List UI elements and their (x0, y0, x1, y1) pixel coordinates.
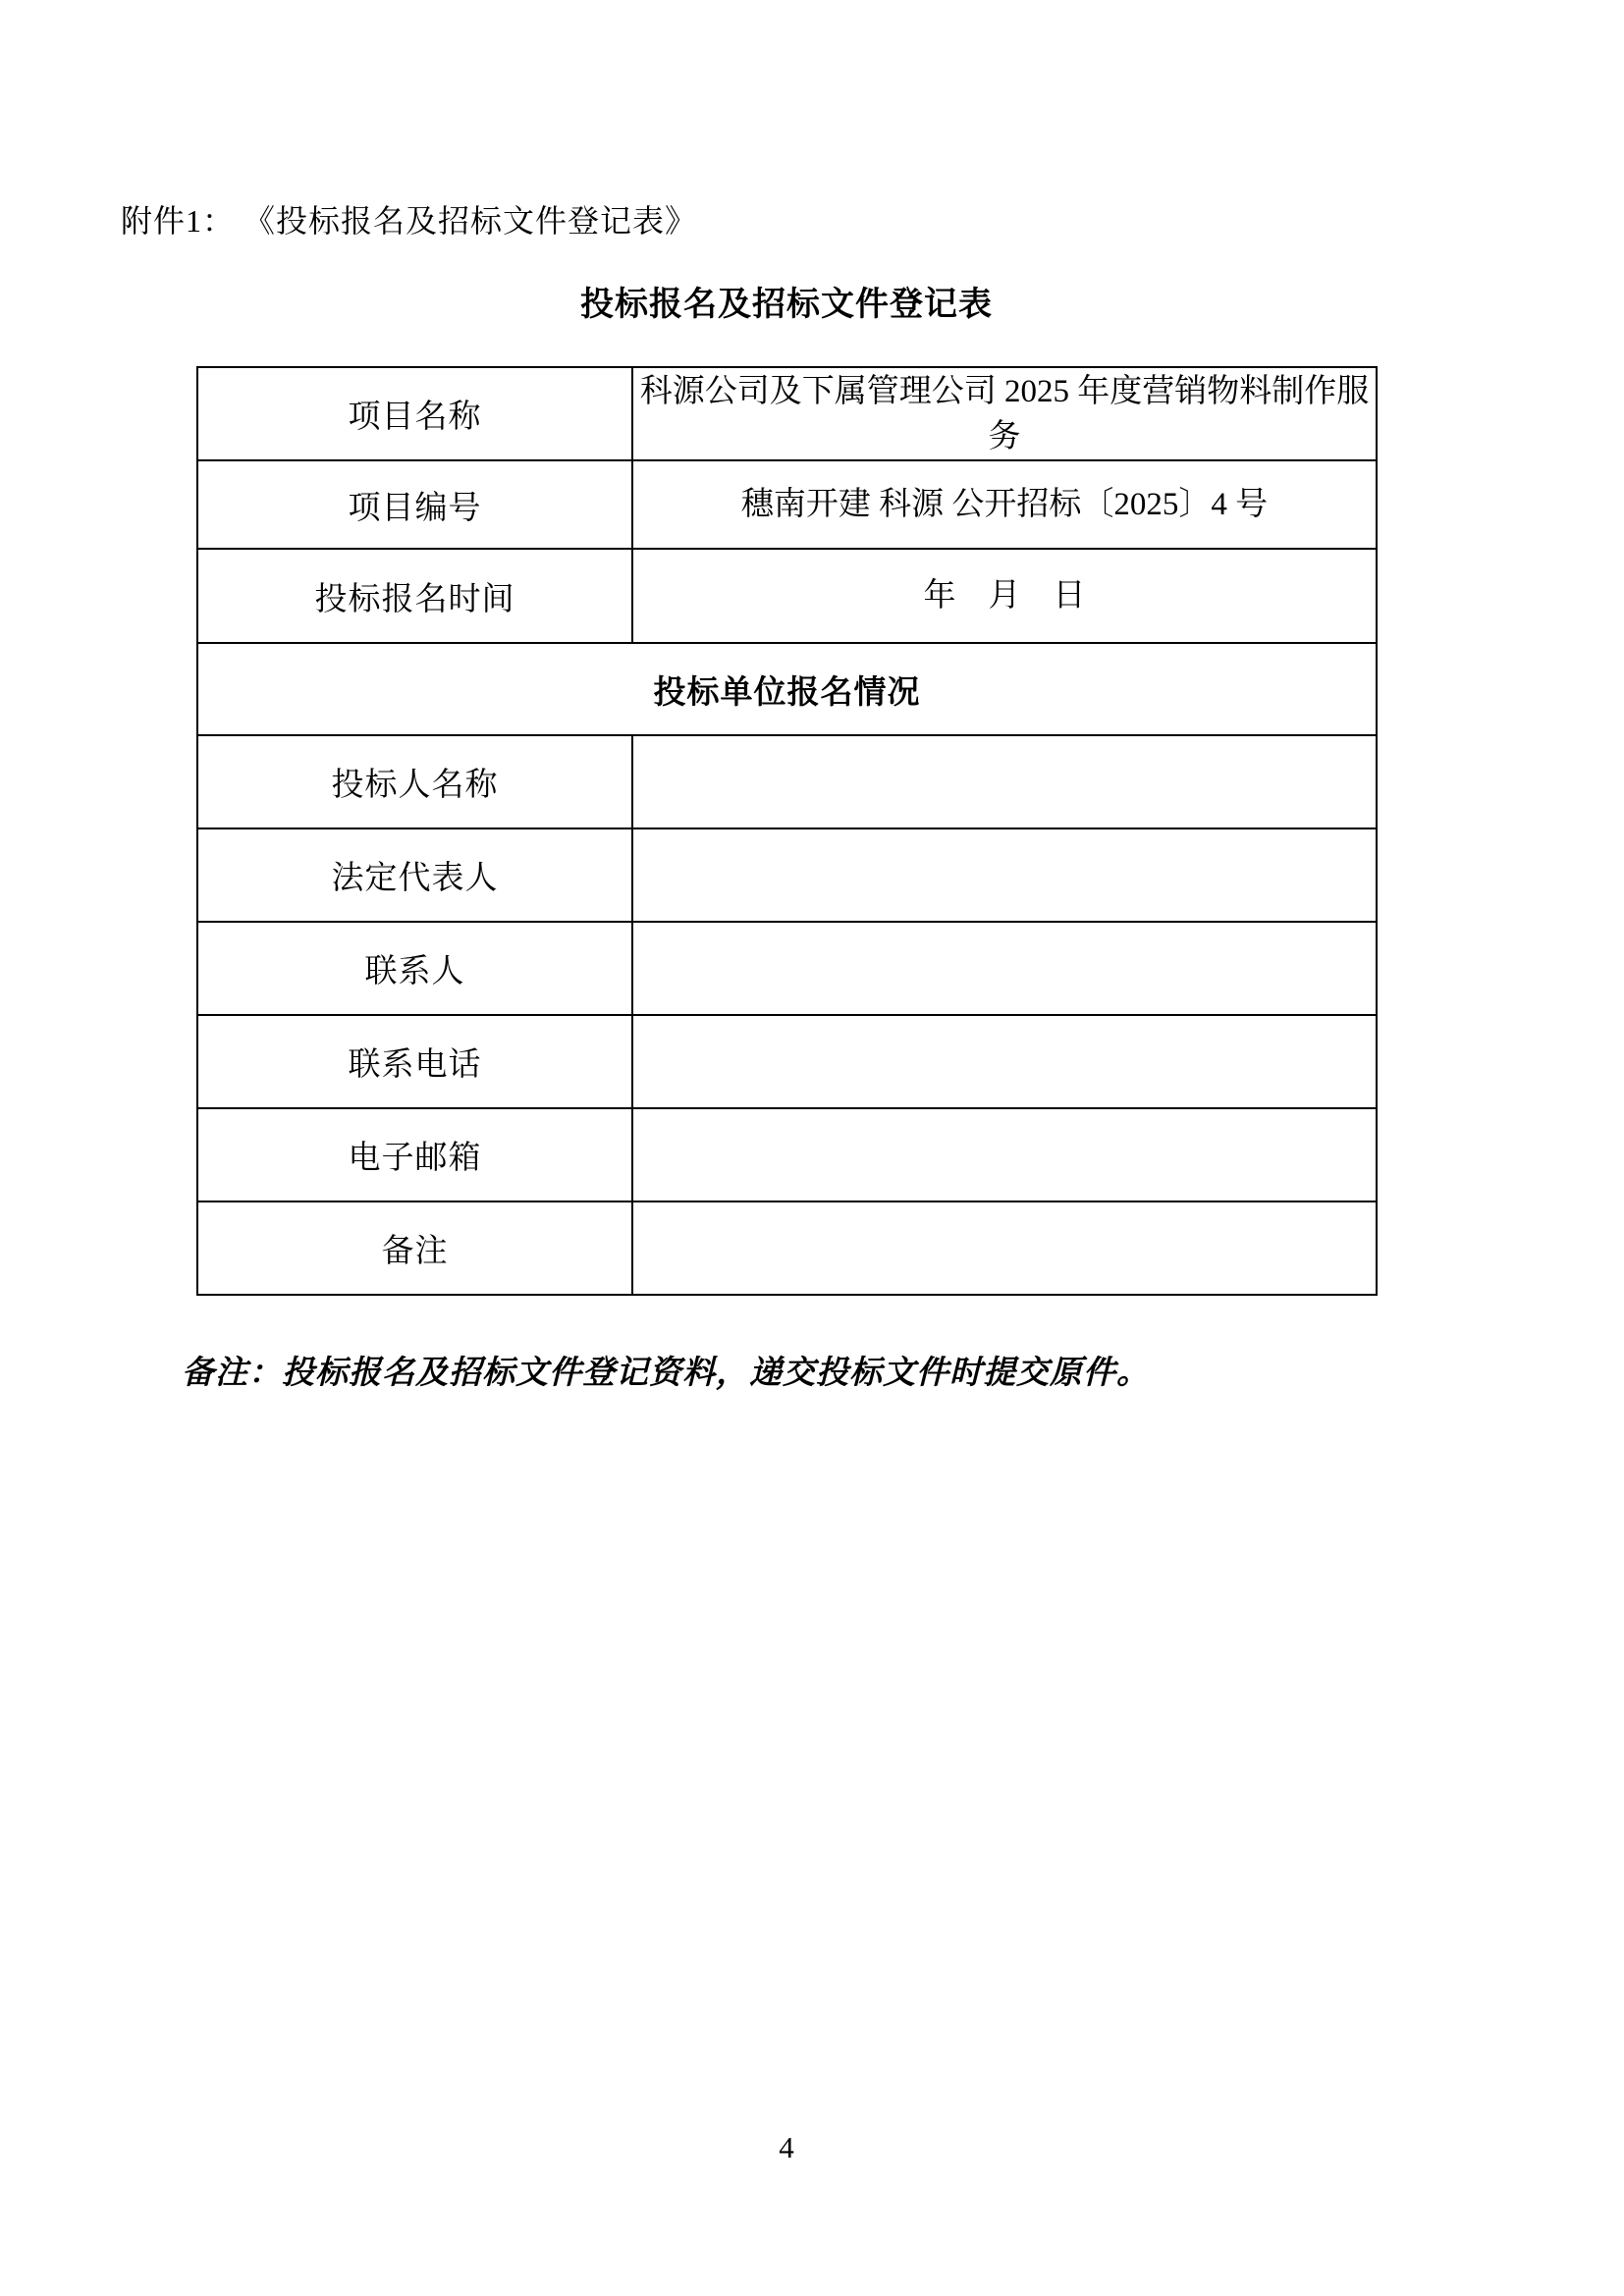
row-label-project-number: 项目编号 (197, 460, 632, 549)
row-label-email: 电子邮箱 (197, 1108, 632, 1201)
page-number: 4 (196, 2130, 1377, 2165)
row-value-remarks (632, 1201, 1377, 1295)
row-label-registration-time: 投标报名时间 (197, 549, 632, 643)
row-label-contact-phone: 联系电话 (197, 1015, 632, 1108)
row-value-legal-representative (632, 828, 1377, 922)
row-value-contact-phone (632, 1015, 1377, 1108)
table-row: 联系电话 (197, 1015, 1377, 1108)
table-row: 联系人 (197, 922, 1377, 1015)
row-value-bidder-name (632, 735, 1377, 828)
row-label-contact-person: 联系人 (197, 922, 632, 1015)
table-row: 备注 (197, 1201, 1377, 1295)
note-text: 备注：投标报名及招标文件登记资料，递交投标文件时提交原件。 (182, 1347, 1150, 1393)
row-value-project-number: 穗南开建 科源 公开招标〔2025〕4 号 (632, 460, 1377, 549)
page-title: 投标报名及招标文件登记表 (196, 277, 1377, 325)
table-row: 项目编号 穗南开建 科源 公开招标〔2025〕4 号 (197, 460, 1377, 549)
registration-table: 项目名称 科源公司及下属管理公司 2025 年度营销物料制作服务 项目编号 穗南… (196, 366, 1378, 1296)
row-label-bidder-name: 投标人名称 (197, 735, 632, 828)
table-row: 投标人名称 (197, 735, 1377, 828)
section-header: 投标单位报名情况 (197, 643, 1377, 735)
row-value-registration-time: 年 月 日 (632, 549, 1377, 643)
row-value-contact-person (632, 922, 1377, 1015)
table-row: 投标报名时间 年 月 日 (197, 549, 1377, 643)
row-label-project-name: 项目名称 (197, 367, 632, 460)
table-row: 电子邮箱 (197, 1108, 1377, 1201)
row-value-email (632, 1108, 1377, 1201)
document-page: 附件1： 《投标报名及招标文件登记表》 投标报名及招标文件登记表 项目名称 科源… (0, 0, 1624, 2296)
row-label-remarks: 备注 (197, 1201, 632, 1295)
row-value-project-name: 科源公司及下属管理公司 2025 年度营销物料制作服务 (632, 367, 1377, 460)
table-row: 法定代表人 (197, 828, 1377, 922)
table-row: 项目名称 科源公司及下属管理公司 2025 年度营销物料制作服务 (197, 367, 1377, 460)
attachment-label: 附件1： 《投标报名及招标文件登记表》 (121, 196, 697, 241)
row-label-legal-representative: 法定代表人 (197, 828, 632, 922)
section-header-row: 投标单位报名情况 (197, 643, 1377, 735)
